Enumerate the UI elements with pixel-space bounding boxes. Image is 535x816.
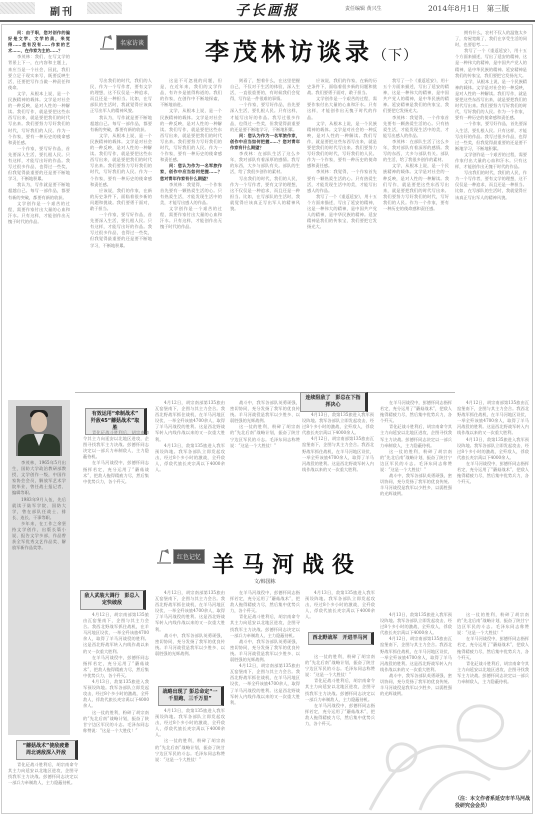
paragraph: 4月12日，胡宗南部第135旅由瓦窑堡南下，企图与其主力会合。我西北野战军抓住战… (230, 663, 300, 706)
paragraph: 4月12日，胡宗南部第135旅由瓦窑堡南下，企图与其主力会合。我西北野战军抓住战… (155, 590, 225, 633)
paragraph: 李茂林：我觉得，一个作家首先要有一颗热爱生活的心。只有热爱生活，才能发现生活中的… (307, 169, 377, 193)
paragraph: 文学，从根本上说，是一个民族精神的载体。文学是对社会的一种反映，是对人性的一种解… (307, 121, 377, 170)
paragraph: 4月12日，胡宗南部第135旅由瓦窑堡南下，企图与其主力会合。我西北野战军抓住战… (83, 612, 149, 655)
subhead-3: “蘑菇战术”使敌疲惫 周北诱敌深入歼敌 (16, 740, 78, 760)
paragraph: 李茂林：在部队生活了这么多年，我对部队有着深厚的感情。我写的东西，大多与部队有关… (383, 139, 449, 163)
article2-col-top1: 青化砭战斗胜利后，胡宗南命令其主力向延安以北地区进攻，企图寻找我军主力决战。彭德… (83, 430, 149, 530)
article2-endnote: （注：本文作者系延安市羊马河战役研究会会员） (455, 795, 533, 809)
paragraph: 一个作家，要写好作品，首先要深入生活，要扎根人民。只有这样，才能写出好的作品。我… (90, 212, 152, 249)
paragraph: 青化砭战斗胜利后，胡宗南命令其主力向延安以北地区进攻，企图寻找我军主力决战。彭德… (457, 661, 529, 685)
paragraph: 在羊马河战役中，彭德怀同志指挥若定，充分运用了“蘑菇战术”，把敌人拖得精疲力尽，… (457, 461, 529, 485)
paragraph: 在羊马河战役中，彭德怀同志指挥若定，充分运用了“蘑菇战术”，把敌人拖得精疲力尽，… (380, 400, 452, 424)
article2-col2b: 4月13日，敌第135旅进入我军预设阵地。我军各部队立即发起攻击，经过8个多小时… (155, 708, 225, 816)
paragraph: 这一仗的胜利，粉碎了胡宗南的“先北后南”战略计划，振奋了陕甘宁边区军民的斗志。毛… (457, 612, 529, 636)
article1-col2: 写出我们的时代，我们的人民，作为一个写作者，要有文学的理想，这不仅仅是一种追求，… (90, 78, 152, 386)
article2-col-top4: 4月13日，敌第135旅进入我军预设阵地。我军各部队立即发起攻击，经过8个多小时… (302, 412, 374, 530)
editor-credit: 责任编辑 黄兴生 (345, 5, 382, 12)
article1-badge-label: 名家访谈 (116, 35, 148, 50)
paragraph: 我写了一个《重返延安》，用十五个方面来描述，写出了延安的精神，这是一种伟大的精神… (383, 78, 449, 115)
author-bio-text: 李茂林，1965年5月出生，国防大学政治教研部教授，文学创作一级，中国作家协会会… (12, 460, 66, 551)
author-photo (16, 406, 62, 456)
paragraph: 在羊马河战役中，彭德怀同志指挥若定，充分运用了“蘑菇战术”，把敌人拖得精疲力尽，… (230, 590, 300, 614)
paragraph: 这是不可忽视的问题，但是，在近年来，我们的文学作品，有许多是值得称道的。我们的作… (160, 78, 222, 108)
paragraph: 文学创作是一个艰苦的过程，需要作家付出大量的心血和汗水。只有这样，才能创作出无愧… (160, 206, 222, 230)
paragraph: 这一仗的胜利，粉碎了胡宗南的“先北后南”战略计划，振奋了陕甘宁边区军民的斗志。毛… (155, 738, 225, 762)
paragraph: 李茂林：我觉得，一个作家首先要有一颗热爱生活的心。只有热爱生活，才能发现生活中的… (160, 182, 222, 206)
author-bio-box: 李茂林，1965年5月出生，国防大学政治教研部教授，文学创作一级，中国作家协会会… (8, 400, 70, 735)
paragraph: 这一仗的胜利，粉碎了胡宗南的“先北后南”战略计划，振奋了陕甘宁边区军民的斗志。毛… (305, 654, 375, 678)
subhead-6: 西北野战军 开进羊马河 (308, 632, 374, 645)
article1-col3: 这是不可忽视的问题，但是，在近年来，我们的文学作品，有许多是值得称道的。我们的作… (160, 78, 222, 386)
paragraph: 应该说，我们的作家，在新的历史条件下，面临着很多新的问题和挑战。我们要勇于面对，… (307, 78, 377, 96)
article2-title: 羊马河战役 (212, 548, 362, 579)
article1-title-text: 李茂林访谈录 (205, 38, 373, 66)
paragraph: 4月12日，胡宗南部第135旅由瓦窑堡南下，企图与其主力会合。我西北野战军抓住战… (380, 636, 452, 673)
bio-paragraph: 多年来，在工作之余坚持文学创作，出版长篇小说、报告文学多部，作品曾获全军优秀文艺… (12, 521, 66, 551)
paragraph: 这一仗的胜利，粉碎了胡宗南的“先北后南”战略计划，振奋了陕甘宁边区军民的斗志。毛… (83, 710, 149, 734)
date-page: 2014年8月1日 第三版 (428, 3, 509, 14)
bio-paragraph: 1983年9月入伍，先后就读于陆军学院、国防大学，曾在部队任战士、排长、连长、干… (12, 497, 66, 521)
paragraph: 战斗中，我军各部队英勇顽强，密切协同，充分发扬了我军的优良传统。羊马河战役是我军… (155, 633, 225, 657)
paragraph: 4月13日，敌第135旅进入我军预设阵地。我军各部队立即发起攻击，经过8个多小时… (457, 437, 529, 461)
paragraph: 战斗中，我军各部队英勇顽强，密切协同，充分发扬了我军的优良传统。羊马河战役是我军… (230, 400, 300, 424)
paragraph: 文学创作是一个艰苦的过程，需要作家付出大量的心血和汗水。只有这样，才能创作出无愧… (307, 96, 377, 120)
paragraph: 文学，从根本上说，是一个民族精神的载体。文学是对社会的一种反映，是对人性的一种解… (455, 79, 527, 122)
paragraph: 4月13日，敌第135旅进入我军预设阵地。我军各部队立即发起攻击，经过8个多小时… (302, 412, 374, 436)
paragraph: 李茂林：在部队生活了这么多年，我对部队有着深厚的感情。我写的东西，大多与部队有关… (230, 151, 300, 175)
paragraph: 战斗中，我军各部队英勇顽强，密切协同，充分发扬了我军的优良传统。羊马河战役是我军… (230, 639, 300, 663)
article1-col4: 则看了，想着什么，在这里把握自己，不仅对于生活的体验，深入生活，一直很重要的，有… (230, 78, 300, 386)
paragraph: 4月13日，敌第135旅进入我军预设阵地。我军各部队立即发起攻击，经过8个多小时… (155, 443, 225, 473)
paragraph: 我认为，写作就是要不断地超越自己。每写一部作品，都要有新的突破，都要有新的收获。 (8, 182, 70, 200)
article2-col-left: 青化砭战斗胜利后，胡宗南命令其主力向延安以北地区进攻，企图寻找我军主力决战。彭德… (8, 762, 78, 816)
subhead-5: 战略出现了 彭总命定“一千里跑、三千万里” (158, 686, 224, 706)
section-name: 副刊 (50, 3, 74, 18)
article2-col-right1: 在羊马河战役中，彭德怀同志指挥若定，充分运用了“蘑菇战术”，把敌人拖得精疲力尽，… (380, 400, 452, 610)
interview-question: 问：您认为作为一名军旅作家，创作中应当如何把握……？您对青年作家有什么期望？ (160, 163, 222, 181)
paragraph: 我写了一个《重返延安》，用十五个方面来描述，写出了延安的精神，这是一种伟大的精神… (455, 48, 527, 78)
paragraph: 文学，从根本上说，是一个民族精神的载体。文学是对社会的一种反映，是对人性的一种解… (160, 108, 222, 163)
paragraph: 在羊马河战役中，彭德怀同志指挥若定，充分运用了“蘑菇战术”，把敌人拖得精疲力尽，… (83, 460, 149, 484)
article2-col3: 在羊马河战役中，彭德怀同志指挥若定，充分运用了“蘑菇战术”，把敌人拖得精疲力尽，… (230, 590, 300, 816)
article1-col1: 问：由于职，您对创作的偏好是文学、文学的美，来觉得……您有没有……作家的艺术……… (8, 30, 70, 400)
article2-byline: 文/韩国栋 (254, 578, 276, 585)
paragraph: 4月13日，敌第135旅进入我军预设阵地。我军各部队立即发起攻击，经过8个多小时… (380, 612, 452, 636)
paragraph: 4月13日，敌第135旅进入我军预设阵地。我军各部队立即发起攻击，经过8个多小时… (155, 708, 225, 738)
masthead-decor-left (0, 2, 35, 14)
paragraph: 李茂林：我觉得，一个作家首先要有一颗热爱生活的心。只有热爱生活，才能发现生活中的… (383, 115, 449, 139)
article1-col5: 应该说，我们的作家，在新的历史条件下，面临着很多新的问题和挑战。我们要勇于面对，… (307, 78, 377, 386)
article2-col-right2: 4月12日，胡宗南部第135旅由瓦窑堡南下，企图与其主力会合。我西北野战军抓住战… (457, 400, 529, 610)
paragraph: 写出我们的时代，我们的人民，作为一个写作者，要有文学的理想，这不仅仅是一种追求，… (90, 78, 152, 115)
paragraph: 4月13日，敌第135旅进入我军预设阵地。我军各部队立即发起攻击，经过8个多小时… (305, 590, 375, 620)
paragraph: 文学，从根本上说，是一个民族精神的载体。文学是对社会的一种反映，是对人性的一种解… (90, 133, 152, 188)
paragraph: 这一仗的胜利，粉碎了胡宗南的“先北后南”战略计划，振奋了陕甘宁边区军民的斗志。毛… (380, 449, 452, 473)
paragraph: 文学创作是一个艰苦的过程，需要作家付出大量的心血和汗水。只有这样，才能创作出无愧… (455, 152, 527, 170)
paragraph: 则看了，想着什么，在这里把握自己，不仅对于生活的体验，深入生活，一直很重要的，有… (230, 78, 300, 102)
article2-col2a: 4月12日，胡宗南部第135旅由瓦窑堡南下，企图与其主力会合。我西北野战军抓住战… (155, 590, 225, 680)
paragraph: 4月12日，胡宗南部第135旅由瓦窑堡南下，企图与其主力会合。我西北野战军抓住战… (155, 400, 225, 443)
paragraph: 在羊马河战役中，彭德怀同志指挥若定，充分运用了“蘑菇战术”，把敌人拖得精疲力尽，… (83, 655, 149, 679)
paragraph: 在羊马河战役中，彭德怀同志指挥若定，充分运用了“蘑菇战术”，把敌人拖得精疲力尽，… (457, 636, 529, 660)
paragraph: 李茂林：我们，在写文学的背景上下一，在内容和主题上，来应当是一个社会，因此，我们… (8, 54, 70, 91)
paragraph: 拥有什么，农村不仅人的温饱太多了，房屋宽敞了，我们在享受生活的同时，也要思考…… (455, 30, 527, 48)
paragraph: 一个作家，要写好作品，首先要深入生活，要扎根人民。只有这样，才能写出好的作品。我… (455, 121, 527, 151)
masthead-decor-mid (87, 2, 122, 14)
paragraph: 写出我们的时代，我们的人民，作为一个写作者，要有文学的理想，这不仅仅是一种追求，… (230, 176, 300, 213)
paragraph: 文学，从根本上说，是一个民族精神的载体。文学是对社会的一种反映，是对人性的一种解… (8, 91, 70, 146)
subhead-2: 敌人武装大调行 彭总入定快破敌 (80, 590, 146, 610)
article1-title: 李茂林访谈录（下） (205, 32, 418, 67)
interview-question: 问：由于职，您对创作的偏好是文学、文学的美，来觉得……您有没有……作家的艺术……… (8, 30, 70, 54)
article1-title-suffix: （下） (373, 48, 418, 64)
paragraph: 一个作家，要写好作品，首先要深入生活，要扎根人民。只有这样，才能写出好的作品。我… (8, 146, 70, 183)
paragraph: 战斗中，我军各部队英勇顽强，密切协同，充分发扬了我军的优良传统。羊马河战役是我军… (380, 473, 452, 497)
article1-col5b: 我写了一个《重返延安》，用十五个方面来描述，写出了延安的精神，这是一种伟大的精神… (383, 78, 449, 400)
article2-badge: 红色记忆 (155, 548, 205, 564)
paragraph: 青化砭战斗胜利后，胡宗南命令其主力向延安以北地区进攻，企图寻找我军主力决战。彭德… (380, 424, 452, 448)
bio-paragraph: 李茂林，1965年5月出生，国防大学政治教研部教授，文学创作一级，中国作家协会会… (12, 460, 66, 497)
paragraph: 4月13日，敌第135旅进入我军预设阵地。我军各部队立即发起攻击，经过8个多小时… (83, 679, 149, 709)
masthead: 副刊 子长画报 责任编辑 黄兴生 2014年8月1日 第三版 (0, 0, 535, 22)
paragraph: 4月12日，胡宗南部第135旅由瓦窑堡南下，企图与其主力会合。我西北野战军抓住战… (457, 400, 529, 437)
article2-col4a: 4月13日，敌第135旅进入我军预设阵地。我军各部队立即发起攻击，经过8个多小时… (305, 590, 375, 630)
lamp-icon (155, 548, 173, 564)
article1-col6: 拥有什么，农村不仅人的温饱太多了，房屋宽敞了，我们在享受生活的同时，也要思考……… (455, 30, 527, 400)
paragraph: 青化砭战斗胜利后，胡宗南命令其主力向延安以北地区进攻，企图寻找我军主力决战。彭德… (8, 762, 78, 786)
paragraph: 文学创作是一个艰苦的过程，需要作家付出大量的心血和汗水。只有这样，才能创作出无愧… (8, 201, 70, 225)
subhead-4: 连续阻敌了 彭总在下指挥决心 (300, 392, 368, 412)
paragraph: 应该说，我们的作家，在新的历史条件下，面临着很多新的问题和挑战。我们要勇于面对，… (90, 188, 152, 212)
paragraph: 写出我们的时代，我们的人民，作为一个写作者，要有文学的理想，这不仅仅是一种追求，… (455, 170, 527, 200)
article2-col1: 4月12日，胡宗南部第135旅由瓦窑堡南下，企图与其主力会合。我西北野战军抓住战… (83, 612, 149, 816)
article1-badge: 名家访谈 (98, 34, 148, 50)
article2-col-top3: 战斗中，我军各部队英勇顽强，密切协同，充分发扬了我军的优良传统。羊马河战役是我军… (230, 400, 300, 530)
lamp-icon (98, 34, 116, 50)
article2-badge-label: 红色记忆 (173, 549, 205, 564)
section-divider (75, 392, 455, 393)
paragraph: 青化砭战斗胜利后，胡宗南命令其主力向延安以北地区进攻，企图寻找我军主力决战。彭德… (230, 614, 300, 638)
article2-col-top2: 4月12日，胡宗南部第135旅由瓦窑堡南下，企图与其主力会合。我西北野战军抓住战… (155, 400, 225, 530)
paragraph: 4月12日，胡宗南部第135旅由瓦窑堡南下，企图与其主力会合。我西北野战军抓住战… (302, 436, 374, 473)
paper-name: 子长画报 (235, 0, 299, 20)
interview-question: 问：您认为作为一名军旅作家，创作中应当如何把握……？您对青年作家有什么期望？ (230, 133, 300, 151)
paragraph: 我写了一个《重返延安》，用十五个方面来描述，写出了延安的精神，这是一种伟大的精神… (307, 194, 377, 231)
paragraph: 我认为，写作就是要不断地超越自己。每写一部作品，都要有新的突破，都要有新的收获。 (90, 115, 152, 133)
paragraph: 文学，从根本上说，是一个民族精神的载体。文学是对社会的一种反映，是对人性的一种解… (383, 163, 449, 212)
paragraph: 这一仗的胜利，粉碎了胡宗南的“先北后南”战略计划，振奋了陕甘宁边区军民的斗志。毛… (230, 424, 300, 448)
paragraph: 一个作家，要写好作品，首先要深入生活，要扎根人民。只有这样，才能写出好的作品。我… (230, 102, 300, 132)
paragraph: 青化砭战斗胜利后，胡宗南命令其主力向延安以北地区进攻，企图寻找我军主力决战。彭德… (83, 430, 149, 460)
